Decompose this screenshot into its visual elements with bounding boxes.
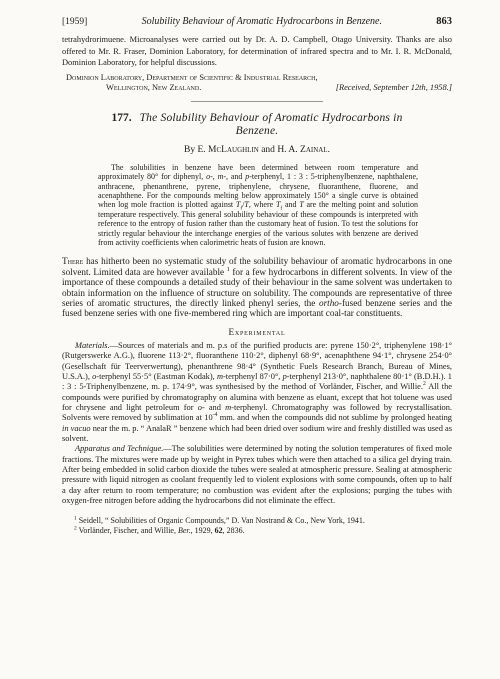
header-year: [1959] <box>62 17 87 27</box>
header-running-title: Solubility Behaviour of Aromatic Hydroca… <box>142 16 382 27</box>
page-header: [1959] Solubility Behaviour of Aromatic … <box>62 16 452 27</box>
received-date: [Received, September 12th, 1958.] <box>336 83 452 94</box>
experimental-heading: Experimental <box>62 327 452 337</box>
section-divider <box>191 101 323 102</box>
footnote-2: 2 Vorländer, Fischer, and Willie, Ber., … <box>62 526 452 536</box>
affiliation-line-1: Dominion Laboratory, Department of Scien… <box>62 73 452 84</box>
article-title: 177.The Solubility Behaviour of Aromatic… <box>62 112 452 139</box>
footnotes: 1 Seidell, “ Solubilities of Organic Com… <box>62 516 452 535</box>
header-page-number: 863 <box>436 16 452 27</box>
article-title-text: The Solubility Behaviour of Aromatic Hyd… <box>140 112 403 124</box>
journal-page: [1959] Solubility Behaviour of Aromatic … <box>0 0 500 679</box>
affiliation-block: Dominion Laboratory, Department of Scien… <box>62 73 452 94</box>
article-title-line-1: 177.The Solubility Behaviour of Aromatic… <box>62 112 452 126</box>
continuation-paragraph: tetrahydrorimuene. Microanalyses were ca… <box>62 34 452 69</box>
materials-paragraph: Materials.—Sources of materials and m. p… <box>62 341 452 444</box>
article-title-line-2: Benzene. <box>62 125 452 139</box>
apparatus-paragraph: Apparatus and Technique.—The solubilitie… <box>62 444 452 506</box>
byline: By E. McLaughlin and H. A. Zainal. <box>62 145 452 155</box>
affiliation-city: Wellington, New Zealand. <box>106 83 201 94</box>
affiliation-line-2: Wellington, New Zealand. [Received, Sept… <box>62 83 452 94</box>
intro-paragraph: There has hitherto been no systematic st… <box>62 256 452 318</box>
abstract: The solubilities in benzene have been de… <box>98 163 418 248</box>
footnote-1: 1 Seidell, “ Solubilities of Organic Com… <box>62 516 452 526</box>
article-number: 177. <box>111 112 131 124</box>
